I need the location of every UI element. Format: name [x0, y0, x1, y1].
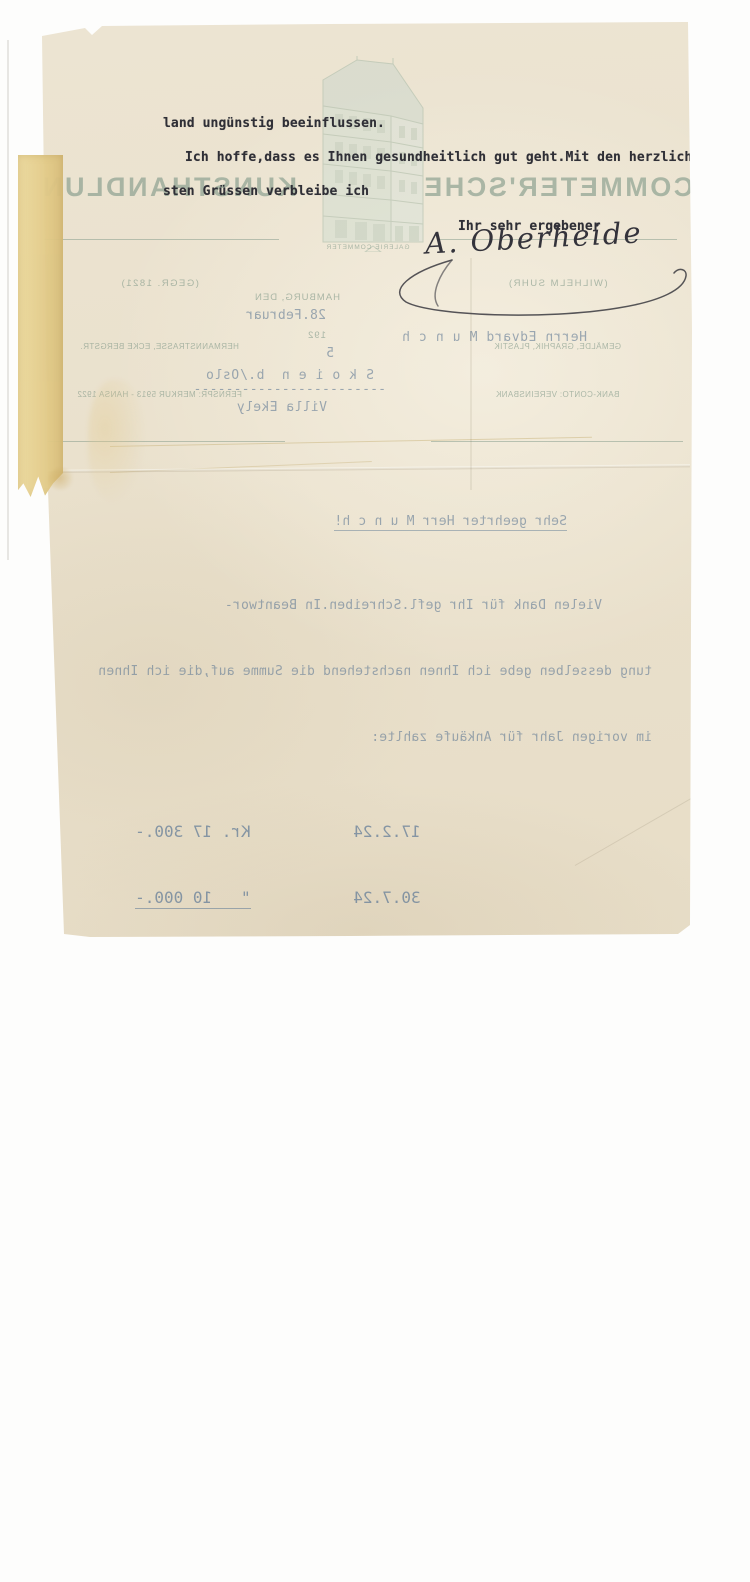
amount-value: " 10 000.-: [135, 888, 251, 909]
recipient-underline: ------------------------: [193, 382, 386, 397]
amount-row: 17.2.24Kr. 17 300.-: [47, 790, 517, 818]
letterhead-rule: [34, 441, 286, 442]
letter-body: Sehr geehrter Herr M u n c h! Vielen Dan…: [47, 468, 652, 950]
recipient-villa: Villa Ekely: [237, 400, 328, 415]
amount-date: 17.2.24: [251, 818, 421, 846]
tape-residue-blob: [48, 468, 74, 490]
date-day-typed: 28.Februar: [246, 308, 326, 323]
date-year-printed: 192: [307, 330, 326, 341]
signature-flourish: [386, 246, 701, 331]
body-line: im vorigen Jahr für Ankäufe zahlte:: [47, 724, 652, 752]
amount-value: Kr. 17 300.-: [135, 822, 251, 841]
letterhead-detail: BANK-CONTO: VEREINSBANK: [420, 389, 695, 401]
date-city-printed: HAMBURG, DEN: [254, 292, 340, 303]
body-line: tung desselben gebe ich Ihnen nachstehen…: [47, 658, 652, 686]
tape-stain: [88, 380, 144, 502]
letterhead-rule: [40, 239, 280, 240]
typed-line-3: sten Grüssen verbleibe ich: [163, 184, 369, 199]
tape-strip: [18, 155, 63, 497]
letter-page: COMMETER'SCHE (WILHELM SUHR) GEMÄLDE, GR…: [30, 20, 695, 940]
recipient-place: S k o i e n b./Oslo: [205, 368, 374, 383]
salutation: Sehr geehrter Herr M u n c h!: [47, 506, 567, 534]
body-line: Vielen Dank für Ihr gefl.Schreiben.In Be…: [47, 592, 602, 620]
typed-line-2: Ich hoffe,dass es Ihnen gesundheitlich g…: [185, 150, 700, 165]
scanner-edge-artifact: [7, 40, 9, 560]
date-year-typed: 5: [326, 346, 334, 361]
letterhead-name-left: COMMETER'SCHE: [420, 174, 695, 201]
scanned-letter-verso: COMMETER'SCHE (WILHELM SUHR) GEMÄLDE, GR…: [0, 0, 750, 950]
recipient-name: Herrn Edvard M u n c h: [402, 330, 587, 345]
amount-date: 30.7.24: [251, 884, 421, 912]
typed-line-1: land ungünstig beeinflussen.: [163, 116, 385, 131]
